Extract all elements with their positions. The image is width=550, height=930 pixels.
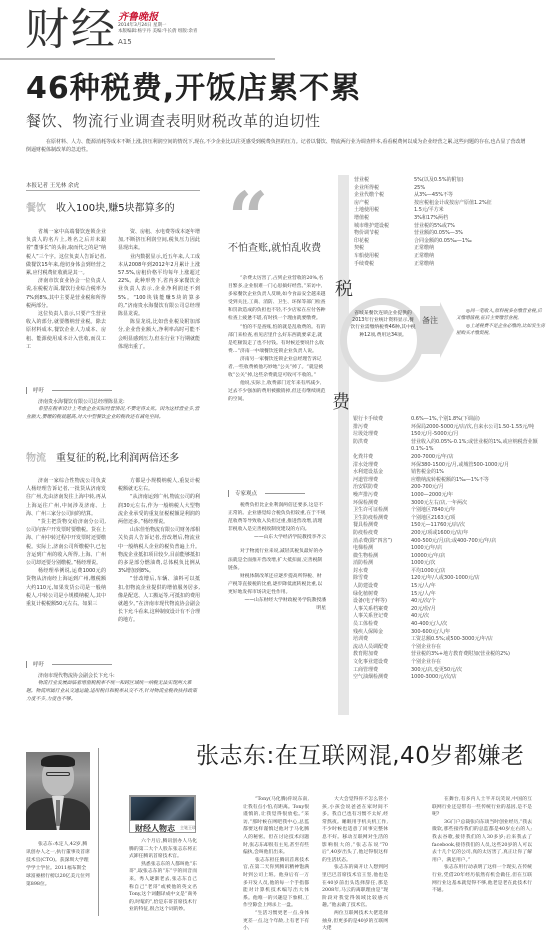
profile-headline: 张志东:在互联网混,40岁都嫌老: [196, 742, 524, 770]
fee-name: 环保检测费: [353, 500, 411, 508]
fee-value: 0.6%—1%,个别1.8%(下调前): [411, 416, 548, 424]
fee-name: 水利建设基金: [353, 469, 411, 477]
fee-name: 化粪井费: [353, 454, 411, 462]
paragraph: 张志东用行动表明了这样一个现实,在传统行业,凭借20年经历依然有机会做任,但在互…: [432, 864, 532, 894]
profile-bio: 张志东:本定人,42岁,腾讯创办人之一,执行董事及首席技术官(CTO)。获深圳大…: [26, 841, 90, 889]
tax-name: 企业代缴个税: [354, 192, 414, 200]
paragraph: 杨经理举例说,运费1000元的货物从济南经上海运到广州,缴税额大约110元,如果…: [26, 567, 106, 608]
fee-value: 15元/人/年: [411, 583, 548, 591]
fee-row: 空气油烟检测费1000-3000元/次/店: [353, 674, 548, 682]
tax-row: 营业税5%(以及0.5%的附加): [354, 177, 544, 185]
fee-value: 1000-3000元/次/店: [411, 674, 548, 682]
catering-callout-tag: 呼吁: [26, 386, 112, 394]
paragraph: 3G门户总裁张向东谈当时创业经历,“我去微软,那些接待我们的总监都是40岁左右的…: [432, 819, 532, 865]
paragraph: “营改增后,车辆、油料可以抵扣,但物流企业提供的增值服务居多,像是配送、人工搬运…: [118, 575, 200, 624]
catering-callout: 济南贵水海餐饮有限公司总经理陈显龙: 希望在税率设计上考虑企业实际经营情况,不要…: [26, 398, 201, 422]
fee-row: 电梯检测1000元/年/店: [353, 545, 548, 553]
pull-quote-heading: 不怕查账,就怕乱收费: [228, 242, 328, 256]
paragraph: 方都是小规模纳税人,重复计税税额就无左右。: [118, 477, 200, 493]
profile-column-2: “Tony(马化腾)你说东南,让我有点小怕,有距离。Tony很谨慎的,让我觉得很…: [243, 796, 309, 930]
paragraph: 两位互联网技术大佬选择抽身,但更多的是40岁的互联网大佬: [322, 910, 388, 930]
fee-row: 教育附加费营业税的3%+地方教育费附加(营业税的2%): [353, 651, 548, 659]
byline: 本报记者 王光林 余虎: [26, 181, 79, 189]
fee-name: 治安联防费: [353, 484, 411, 492]
paragraph: “杂费太厉害了,占到企业营收的20%,名目繁多,企业很难一门心思搞好经营。”采访…: [228, 275, 326, 324]
fee-value: 个别企业存在: [411, 659, 548, 667]
main-subheadline: 餐饮、物流行业调查表明财税改革的迫切性: [26, 112, 321, 130]
paragraph: 资、房租、水电费等成本逐年增加,不断挤压利润空间,税负压力因此显现出来。: [118, 228, 200, 253]
tax-name: 增值税: [354, 215, 414, 223]
tag-rule: [265, 493, 305, 494]
fee-row: 河道管理费应缴纳流转税税额的1‰—1%不等: [353, 477, 548, 485]
date-editors-block: 2014年3月24日 星期一 本版编辑:杨宇丹 美编:牛长倩 组版:余青: [118, 23, 197, 35]
paragraph: “怕的不是查账,怕的就是乱收费的。有的部门来检查,看见店里什么好东西就要拿走,就…: [228, 324, 326, 356]
fee-row: 员工体检费40-400元/人/次: [353, 621, 548, 629]
tag-bar: [26, 387, 27, 394]
fee-row: 防疫检疫费200元/项或1600元/店/年: [353, 530, 548, 538]
paragraph: 济南市饮食业协会一位负责人说,在税税方面,餐饮行业综合税率为7%到8%,其中主要…: [26, 277, 106, 310]
fee-value: 1000元/年/店: [411, 545, 548, 553]
tax-name: 物价调节税: [354, 230, 414, 238]
fee-name: 防洪费: [353, 439, 411, 454]
fee-name: 餐具检测费: [353, 522, 411, 530]
paragraph: 张志东担任腾讯首席技术官,在第二天你到腾讯精神饱满时到公司上班。他身后有一万多开…: [243, 857, 309, 910]
fee-row: 卫生许可证检测个别地区7840元/年: [353, 507, 548, 515]
portrait-photo: [26, 752, 90, 830]
callout-quote: 物流行业发展面临着增值税税率不统一和跨区域统一纳税无法实现两大难题。物流所属行业…: [26, 680, 201, 704]
tax-row: 企业代缴个税从3%—45%不等: [354, 192, 544, 200]
section-tag: 物流: [26, 453, 46, 464]
fee-name: 消防检测: [353, 560, 411, 568]
tax-row: 物价调节税营业额的0.05%—3%: [354, 230, 544, 238]
tax-name: 契税: [354, 245, 414, 253]
paragraph: 他说,实际上,收费部门近年来有所减少,过去不少强加的费用被撤销掉,但还有继续规范…: [228, 380, 326, 404]
tax-row: 土地使用税1.5元/平方米: [354, 207, 544, 215]
fee-row: 除雪费120元/年/人或300-1000元/店: [353, 575, 548, 583]
masthead-divider: [0, 58, 275, 60]
tax-value: 正常缴纳: [414, 261, 544, 269]
paragraph: 山东佳怡物流有限公司财务部相关负责人告诉记者,营改增后,物流业中一般纳税人企业的…: [118, 526, 200, 575]
fee-row: 消杀费(除“四害”)400-500元/月/店;或400-700元/年/店: [353, 538, 548, 546]
notes-arrow: [420, 306, 440, 354]
fee-row: 治安联防费200-700元/月: [353, 484, 548, 492]
fee-value: 200-700元/月: [411, 484, 548, 492]
section-title: 财经: [25, 2, 117, 58]
fee-value: 40-400元/人/次: [411, 621, 548, 629]
fee-value: 1000—2000元/年: [411, 492, 548, 500]
fee-name: 文化事业建设费: [353, 659, 411, 667]
fee-value: 120元/年/人或300-1000元/店: [411, 575, 548, 583]
fee-name: 垃圾处理费: [353, 431, 411, 439]
tax-row: 契税正常缴纳: [354, 245, 544, 253]
paragraph: 财税体制改革还应逐步提高所得税、财产税等直接税的比重,逐步降低流转税比重,以更好…: [228, 573, 326, 597]
tax-value: 3%和17%两档: [414, 215, 544, 223]
paragraph: “从济南运到广州,物流公司的利润30元左右,作为一般纳税人大型物流企业承受的重复…: [118, 493, 200, 526]
tax-list: 营业税5%(以及0.5%的附加) 企业所得税25% 企业代缴个税从3%—45%不…: [354, 177, 544, 268]
column-byline: 主笔王琰: [180, 825, 196, 831]
expert-view-body: 税费负担比企业利润两倍还要多,这是不正常的。企业感觉综合税负负担较重,在于不规范…: [228, 502, 326, 613]
profile-column-3: 大大会觉得你不怎么管小孩,小孩会说爸爸在家时间不多。我自已也有习惯不太好,经常熬…: [322, 796, 388, 930]
column-divider: [98, 748, 99, 916]
catering-column-2: 资、房租、水电费等成本逐年增加,不断挤压利润空间,税负压力因此显现出来。 业内数…: [118, 228, 200, 351]
fee-name: 空气油烟检测费: [353, 674, 411, 682]
fee-value: 工资总额0.5%;或500-3000元/年/店: [411, 636, 548, 644]
paragraph: 张志东的离开让人想到阿里巴巴首席技术官王坚,他也是在40岁前出头选择辞任,那是2…: [322, 864, 388, 910]
paragraph: 在舞台,有多内人士半开玩笑说,中国的互联网行业还是带有一些传统行业的基因,是不是…: [432, 796, 532, 819]
tax-value: 正常缴纳: [414, 245, 544, 253]
fee-row: 文化事业建设费个别企业存在: [353, 659, 548, 667]
profile-column-1: 六个月后,腾讯创办人马化腾的第二大个人股东张志东将正式卸任腾讯首席技术官。 熟悉…: [129, 838, 197, 914]
paragraph: 济南一家综合性物流公司负责人杨经理告诉记者,一批货从济南发往广州,先由济南发往上…: [26, 477, 106, 518]
callout-label: 呼吁: [33, 660, 44, 668]
fee-name: 员工体检费: [353, 621, 411, 629]
tag-rule: [52, 664, 112, 665]
callout-quote: 希望在税率设计上考虑企业实际经营情况,不要定得太死。因为这样营业多,营业额大,要…: [26, 406, 201, 422]
expert-signature: ——山东大学经济学院教授李齐云: [228, 534, 326, 542]
tax-row: 车船使用税正常缴纳: [354, 253, 544, 261]
fee-row: 垃圾处理费150元/月-5000元/月: [353, 431, 548, 439]
section-heading: 重复征的税,比利润两倍还多: [56, 453, 179, 464]
fee-value: 营业税的3%+地方教育费附加(营业税的2%): [411, 651, 548, 659]
callout-speaker: 济南市现代物流协会副会长卞允斗:: [26, 672, 201, 680]
fee-name: 除雪费: [353, 575, 411, 583]
fee-row: 银行卡手续费0.6%—1%,个别1.8%(下调前): [353, 416, 548, 424]
logistics-callout: 济南市现代物流协会副会长卞允斗: 物流行业发展面临着增值税税率不统一和跨区域统一…: [26, 672, 201, 704]
page-number: A15: [118, 38, 132, 46]
paragraph: 大大会觉得你不怎么管小孩,小孩会说爸爸在家时间不多。我自已也有习惯不太好,经常熬…: [322, 796, 388, 864]
bio-text: 张志东:本定人,42岁,腾讯创办人之一,执行董事及首席技术官(CTO)。获深圳大…: [26, 841, 90, 889]
fee-value: 营业收入的0.05%-0.1%;或营业税的1%,或应纳税营业额0.1%-1%: [411, 439, 548, 454]
tag-bar: [26, 661, 27, 668]
expert-label: 专家观点: [235, 489, 257, 497]
paragraph: 陈显龙说,比如营业税及附加部分,企业营业额大,净利率高时可能不会明显感到压力,但…: [118, 318, 200, 351]
fee-row: 防洪费营业收入的0.05%-0.1%;或营业税的1%,或应纳税营业额0.1%-1…: [353, 439, 548, 454]
paragraph: 济南另一家餐饮连锁企业总经理告诉记者,一些收费被他巧妙地“公关”掉了。“就是被收…: [228, 356, 326, 380]
quote-mark-icon: “: [228, 188, 268, 248]
expert-signature: ——山东财经大学财政税务学院教授潘明星: [228, 597, 326, 613]
column-badge-image: [130, 796, 195, 821]
pull-quote-body: “杂费太厉害了,占到企业营收的20%,名目繁多,企业很难一门心思搞好经营。”采访…: [228, 275, 326, 405]
tax-row: 印花税合同金额的0.05‰—1‰: [354, 238, 544, 246]
fee-row: 水利建设基金销售税金的1%: [353, 469, 548, 477]
tax-row: 房产税按应税租金计或按房产原值1.2%征: [354, 200, 544, 208]
fee-row: 消防检测1000元/次: [353, 560, 548, 568]
fee-list: 银行卡手续费0.6%—1%,个别1.8%(下调前)排污费环保局2000-5000…: [353, 416, 548, 682]
fee-name: 人事关系登记费: [353, 613, 411, 621]
paragraph: 业内数据显示,近五年来,人工成本从2008年到2012年2月累计上涨57.5%,…: [118, 253, 200, 319]
fee-name: 防疫检疫费: [353, 530, 411, 538]
tax-row: 手续费税正常缴纳: [354, 261, 544, 269]
tax-name: 车船使用税: [354, 253, 414, 261]
tax-name: 营业税: [354, 177, 414, 185]
fee-row: 微生物检测10000元/年/店: [353, 553, 548, 561]
paragraph: “货主把货物交给济南分公司,公司向客户开发票时要缴税。货在上海、广州中转过程中开…: [26, 518, 106, 567]
tax-row: 增值税3%和17%两档: [354, 215, 544, 223]
arrow-tip-icon: [440, 302, 454, 358]
fee-value: 3000元左右/店,一年两次: [411, 500, 548, 508]
fee-row: 培训费工资总额0.5%;或500-3000元/年/店: [353, 636, 548, 644]
tax-label: 税: [335, 275, 353, 301]
callout-label: 呼吁: [33, 386, 44, 394]
fee-label: 费: [332, 388, 350, 414]
tax-name: 手续费税: [354, 261, 414, 269]
paragraph: “生活习惯更老一点,身体更差一点,这个年龄,上有老下有小,: [243, 910, 309, 930]
paragraph: 对于物流行业来说,减轻其税负最好的办法就是全面推开营改增,扩大抵扣面,完善税制链…: [228, 548, 326, 572]
fee-name: 噪声排污费: [353, 492, 411, 500]
fee-name: 培训费: [353, 636, 411, 644]
main-headline: 46种税费,开饭店累不累: [26, 72, 361, 106]
fee-value: 150元/月-5000元/月: [411, 431, 548, 439]
section-tag: 餐饮: [26, 203, 46, 214]
tax-value: 5%(以及0.5%的附加): [414, 177, 544, 185]
logistics-column-2: 方都是小规模纳税人,重复计税税额就无左右。 “从济南运到广州,物流公司的利润30…: [118, 477, 200, 625]
fee-value: 200-7000元/年/店: [411, 454, 548, 462]
tax-value: 从3%—45%不等: [414, 192, 544, 200]
fee-name: 人防建设费: [353, 583, 411, 591]
note: ◎同一笔收入,原料税多在缴营业税,后又缴增值税,征后主要缴营业税。: [456, 308, 546, 323]
note: ◎上述税费不是企业必缴的,比如发生房屋购买才缴契税。: [456, 323, 546, 338]
lede-paragraph: 在原材料、人力、能源消耗等成本不断上涨,挤压利润空间的情况下,现在,不少企业比以…: [26, 138, 526, 154]
sidebar-gray-bar: [338, 175, 349, 715]
tax-value: 1.5元/平方米: [414, 207, 544, 215]
fee-name: 电梯检测: [353, 545, 411, 553]
fee-value: 200元/项或1600元/店/年: [411, 530, 548, 538]
fee-name: 设备(电子秤等): [353, 598, 411, 606]
fee-row: 设备(电子秤等)40元/次/个: [353, 598, 548, 606]
fee-value: 1000元/次: [411, 560, 548, 568]
fee-row: 人事关系登记费40元/次: [353, 613, 548, 621]
paragraph: 省城一家中高端餐饮连锁企业负责人的名片上,姓名之后并未跟着“董事长”的头衔,取而…: [26, 228, 106, 277]
tax-value: 正常缴纳: [414, 253, 544, 261]
fee-row: 人防建设费15元/人/年: [353, 583, 548, 591]
fee-value: 20元/份/月: [411, 606, 548, 614]
expert-view-tag: 专家观点: [228, 489, 305, 497]
fee-value: 40元/次: [411, 613, 548, 621]
fee-value: 销售税金的1%: [411, 469, 548, 477]
byline-divider: [26, 190, 200, 191]
callout-speaker: 济南贵水海餐饮有限公司总经理陈显龙:: [26, 398, 201, 406]
fee-value: 150元—11760元/店/次: [411, 522, 548, 530]
paragraph: 税费负担比企业利润两倍还要多,这是不正常的。企业感觉综合税负负担较重,在于不规范…: [228, 502, 326, 534]
fee-value: 40元/次/个: [411, 598, 548, 606]
fee-name: 教育附加费: [353, 651, 411, 659]
summary-circle-text: 省城某餐饮连锁企业提供的2013年行业统计资料显示,餐饮行业需缴纳税费46种,其…: [350, 310, 416, 339]
logistics-column-1: 济南一家综合性物流公司负责人杨经理告诉记者,一批货从济南发往广州,先由济南发往上…: [26, 477, 106, 608]
fee-value: 个别地区7840元/年: [411, 507, 548, 515]
notes-label: 备注: [422, 316, 438, 326]
editors-line: 本版编辑:杨宇丹 美编:牛长倩 组版:余青: [118, 29, 197, 35]
column-label: 财经人物志: [135, 823, 175, 834]
tag-bar: [228, 490, 229, 497]
profile-column-4: 在舞台,有多内人士半开玩笑说,中国的互联网行业还是带有一些传统行业的基因,是不是…: [432, 796, 532, 895]
fee-name: 消杀费(除“四害”): [353, 538, 411, 546]
paragraph: “Tony(马化腾)你说东南,让我有点小怕,有距离。Tony很谨慎的,让我觉得很…: [243, 796, 309, 857]
tag-rule: [52, 390, 112, 391]
catering-column-1: 省城一家中高端餐饮连锁企业负责人的名片上,姓名之后并未跟着“董事长”的头衔,取而…: [26, 228, 106, 351]
newspaper-logo: 齐鲁晚报: [118, 8, 158, 23]
fee-row: 化粪井费200-7000元/年/店: [353, 454, 548, 462]
fee-row: 环保检测费3000元左右/店,一年两次: [353, 500, 548, 508]
logistics-section-header: 物流重复征的税,比利润两倍还多: [26, 453, 179, 465]
paragraph: 这位负责人表示,只要产生营业收入的部分,就要缴纳营业税。除去原材料成本,餐饮企业…: [26, 310, 106, 351]
logistics-callout-tag: 呼吁: [26, 660, 112, 668]
paragraph: 六个月后,腾讯创办人马化腾的第二大个人股东张志东将正式卸任腾讯首席技术官。: [129, 838, 197, 861]
fee-name: 银行卡手续费: [353, 416, 411, 424]
fee-value: 400-500元/月/店;或400-700元/年/店: [411, 538, 548, 546]
fee-name: 卫生许可证检测: [353, 507, 411, 515]
tax-name: 土地使用税: [354, 207, 414, 215]
tax-value: 营业额的0.05%—3%: [414, 230, 544, 238]
fee-row: 噪声排污费1000—2000元/年: [353, 492, 548, 500]
section-heading: 收入100块,赚5块都算多的: [56, 203, 175, 214]
notes-text: ◎同一笔收入,原料税多在缴营业税,后又缴增值税,征后主要缴营业税。 ◎上述税费不…: [456, 308, 546, 338]
paragraph: 熟悉张志东的人都叫他“东哥”,取张志东的“东”字的同音而来。秀人逐渐老去,张志东…: [129, 861, 197, 914]
fee-row: 餐具检测费150元—11760元/店/次: [353, 522, 548, 530]
catering-section-header: 餐饮收入100块,赚5块都算多的: [26, 203, 175, 215]
